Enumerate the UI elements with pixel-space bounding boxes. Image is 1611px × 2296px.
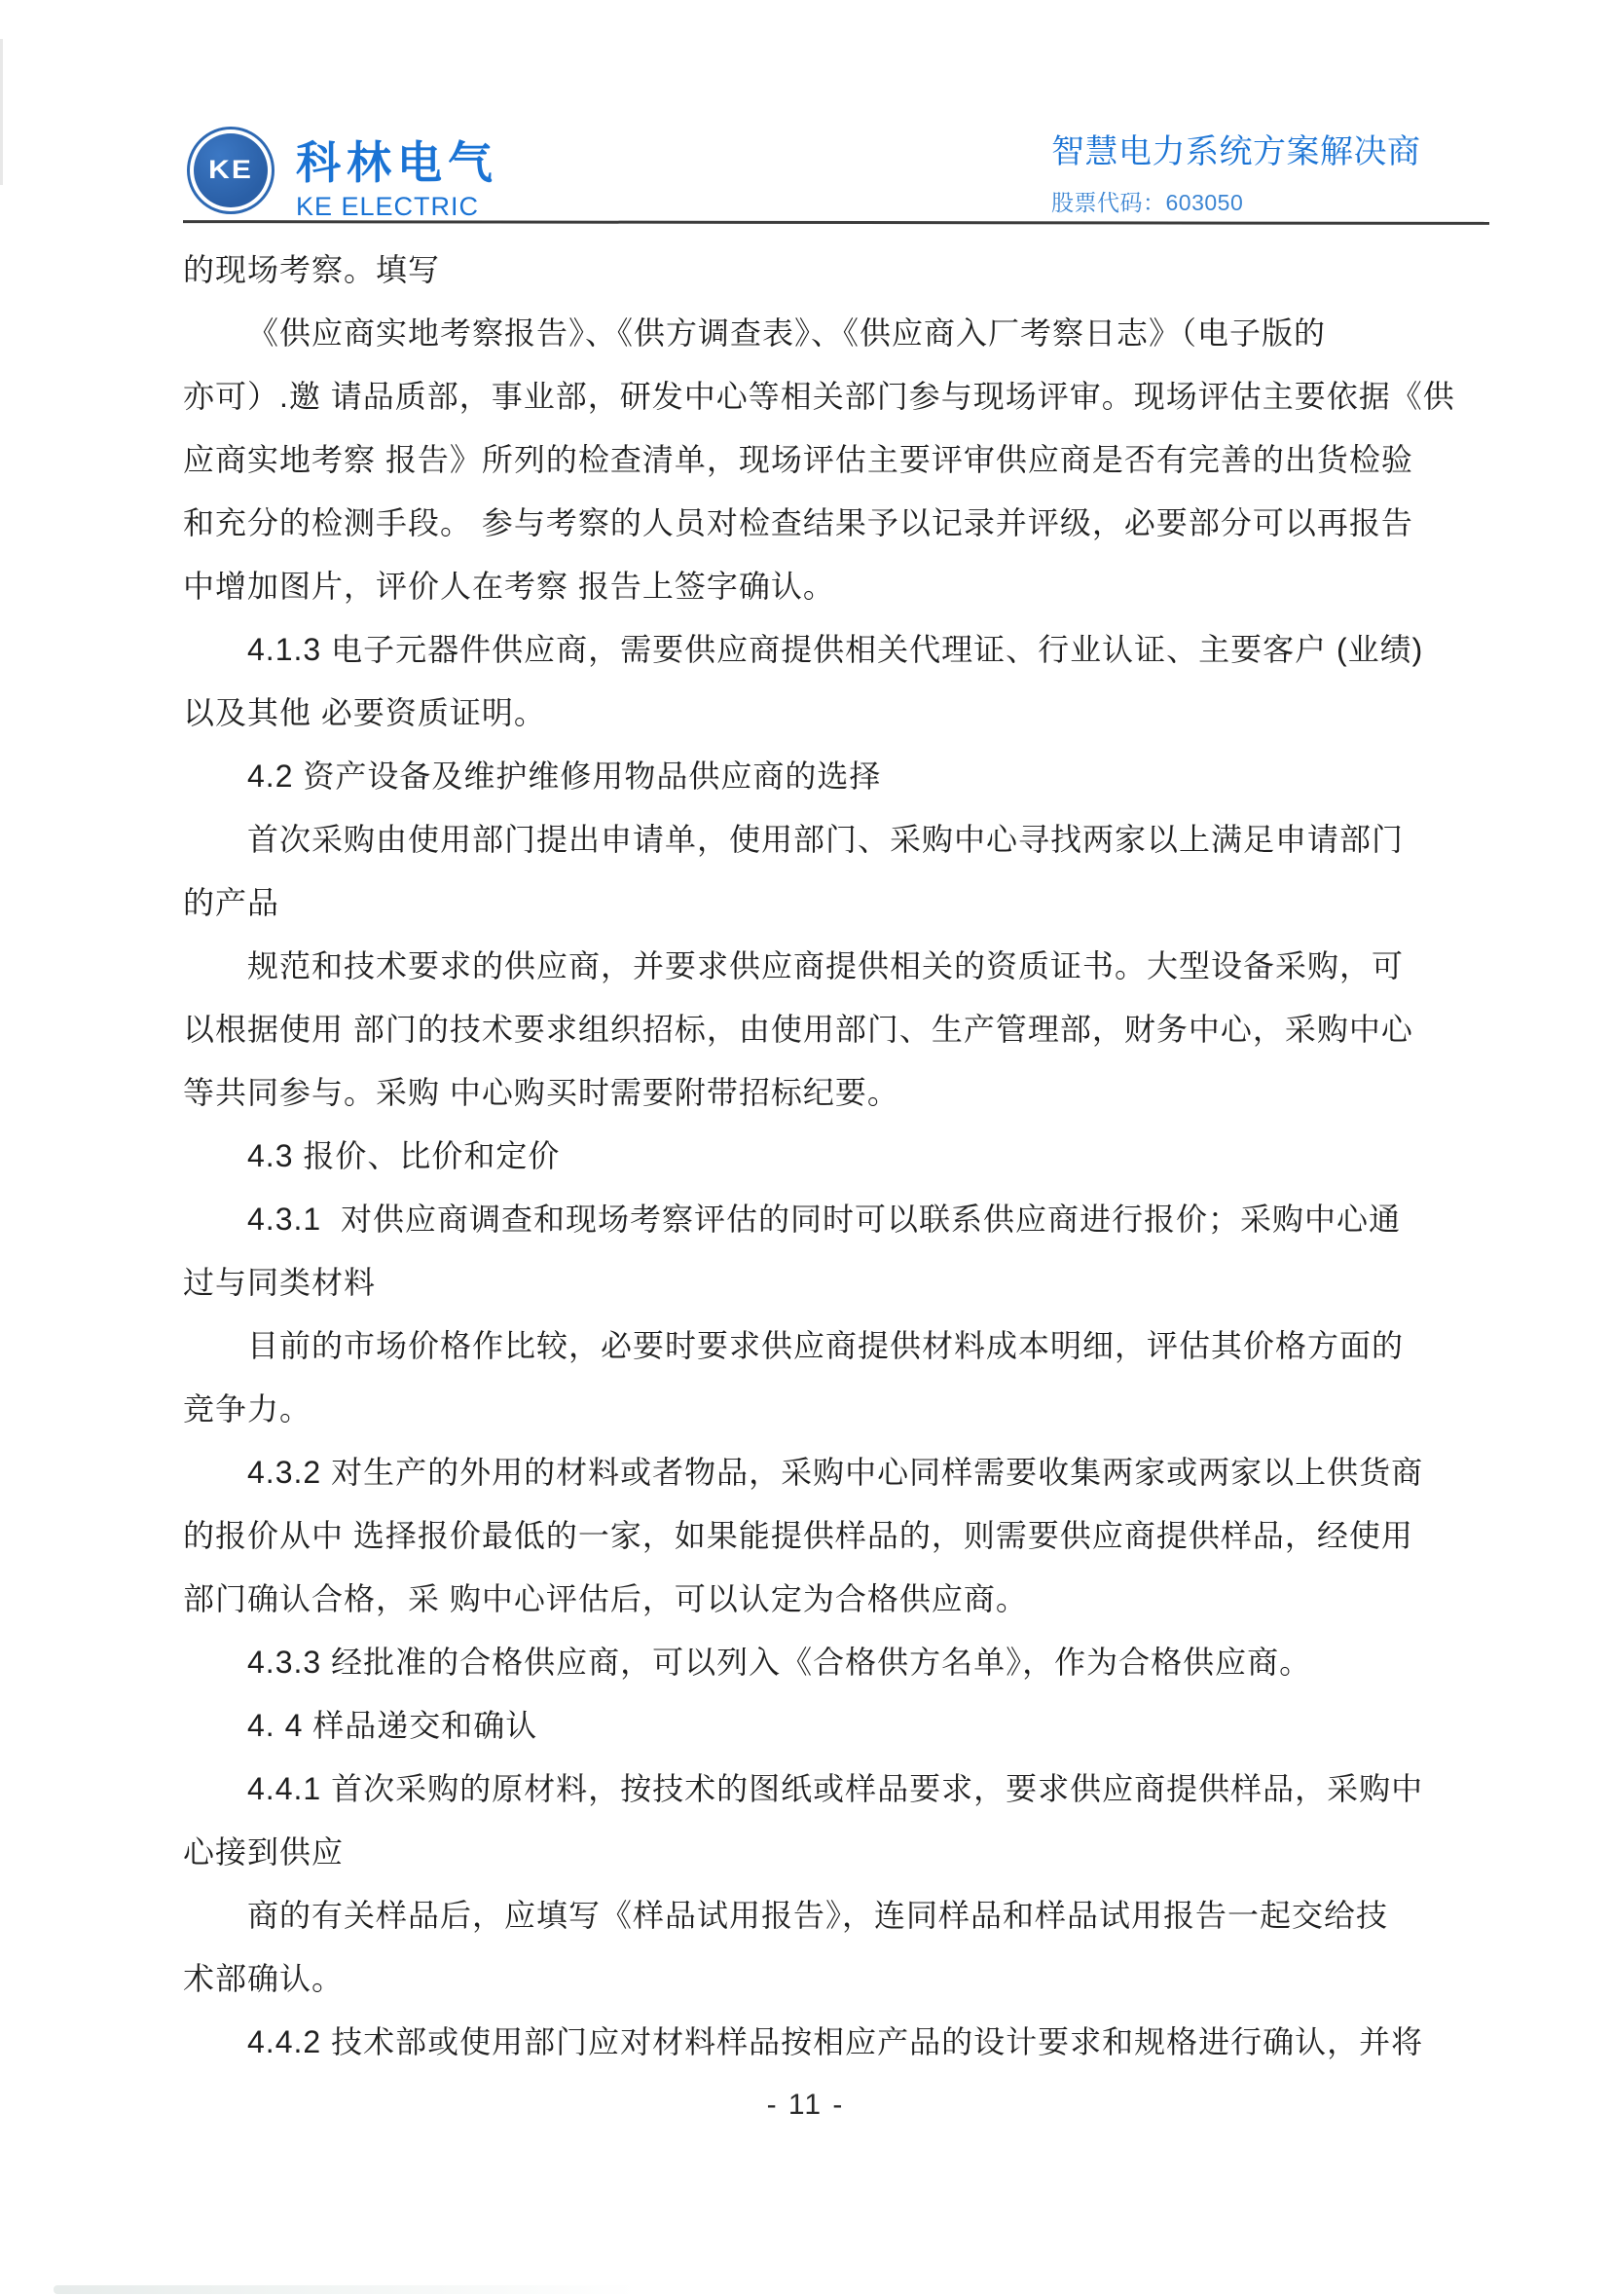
text-line: 的报价从中 选择报价最低的一家，如果能提供样品的，则需要供应商提供样品，经使用 (183, 1504, 1446, 1568)
text-line: 术部确认。 (183, 1947, 1446, 2011)
page-footer: - 11 - (0, 2076, 1611, 2134)
scan-edge-artifact (0, 39, 3, 185)
text-line: 4.4.2 技术部或使用部门应对材料样品按相应产品的设计要求和规格进行确认，并将 (183, 2011, 1446, 2074)
text-line: 的产品 (183, 871, 1446, 935)
text-line: 过与同类材料 (183, 1251, 1446, 1315)
text-line: 4.1.3 电子元器件供应商，需要供应商提供相关代理证、行业认证、主要客户 (业… (183, 618, 1446, 682)
text-line: 以及其他 必要资质证明。 (183, 682, 1446, 745)
text-line: 4.2 资产设备及维护维修用物品供应商的选择 (183, 745, 1446, 808)
text-line: 首次采购由使用部门提出申请单，使用部门、采购中心寻找两家以上满足申请部门 (183, 808, 1446, 871)
text-line: 中增加图片，评价人在考察 报告上签字确认。 (183, 555, 1446, 618)
brand-text: 科林电气 KE ELECTRIC (296, 127, 498, 222)
text-line: 4.4.1 首次采购的原材料，按技术的图纸或样品要求，要求供应商提供样品，采购中 (183, 1758, 1446, 1821)
text-line: 竞争力。 (183, 1378, 1446, 1441)
stock-code-label: 股票代码：603050 (1051, 185, 1421, 217)
text-line: 和充分的检测手段。 参与考察的人员对检查结果予以记录并评级，必要部分可以再报告 (183, 492, 1446, 555)
scan-smudge-artifact (54, 2285, 638, 2294)
text-line: 4.3.1 对供应商调查和现场考察评估的同时可以联系供应商进行报价；采购中心通 (183, 1188, 1446, 1251)
text-line: 的现场考察。填写 (183, 239, 1446, 302)
text-line: 目前的市场价格作比较，必要时要求供应商提供材料成本明细，评估其价格方面的 (183, 1315, 1446, 1378)
text-line: 心接到供应 (183, 1821, 1446, 1884)
brand-name-chinese: 科林电气 (296, 138, 498, 187)
page-header: KE 科林电气 KE ELECTRIC 智慧电力系统方案解决商 股票代码：603… (0, 0, 1611, 225)
company-logo: KE 科林电气 KE ELECTRIC (187, 127, 498, 222)
text-line: 亦可）.邀 请品质部，事业部，研发中心等相关部门参与现场评审。现场评估主要依据《… (183, 365, 1446, 428)
text-line: 以根据使用 部门的技术要求组织招标，由使用部门、生产管理部，财务中心，采购中心 (183, 998, 1446, 1061)
header-right: 智慧电力系统方案解决商 股票代码：603050 (1051, 131, 1421, 217)
brand-name-english: KE ELECTRIC (296, 192, 498, 222)
document-body: 的现场考察。填写 《供应商实地考察报告》、《供方调查表》、《供应商入厂考察日志》… (0, 225, 1611, 2074)
text-line: 4.3.3 经批准的合格供应商，可以列入《合格供方名单》，作为合格供应商。 (183, 1631, 1446, 1694)
text-line: 规范和技术要求的供应商，并要求供应商提供相关的资质证书。大型设备采购，可 (183, 935, 1446, 998)
ke-logo-disc: KE (194, 133, 268, 207)
text-line: 部门确认合格，采 购中心评估后，可以认定为合格供应商。 (183, 1568, 1446, 1631)
text-line: 4. 4 样品递交和确认 (183, 1694, 1446, 1758)
header-divider (183, 220, 1489, 225)
text-line: 等共同参与。采购 中心购买时需要附带招标纪要。 (183, 1061, 1446, 1125)
text-line: 4.3 报价、比价和定价 (183, 1125, 1446, 1188)
ke-logo-monogram: KE (208, 156, 253, 186)
text-line: 应商实地考察 报告》所列的检查清单，现场评估主要评审供应商是否有完善的出货检验 (183, 428, 1446, 492)
text-line: 《供应商实地考察报告》、《供方调查表》、《供应商入厂考察日志》（电子版的 (183, 302, 1446, 365)
company-tagline: 智慧电力系统方案解决商 (1051, 131, 1421, 172)
page-number: - 11 - (767, 2076, 845, 2134)
text-line: 商的有关样品后，应填写《样品试用报告》，连同样品和样品试用报告一起交给技 (183, 1884, 1446, 1947)
text-line: 4.3.2 对生产的外用的材料或者物品，采购中心同样需要收集两家或两家以上供货商 (183, 1441, 1446, 1504)
ke-logo-icon: KE (187, 127, 275, 214)
